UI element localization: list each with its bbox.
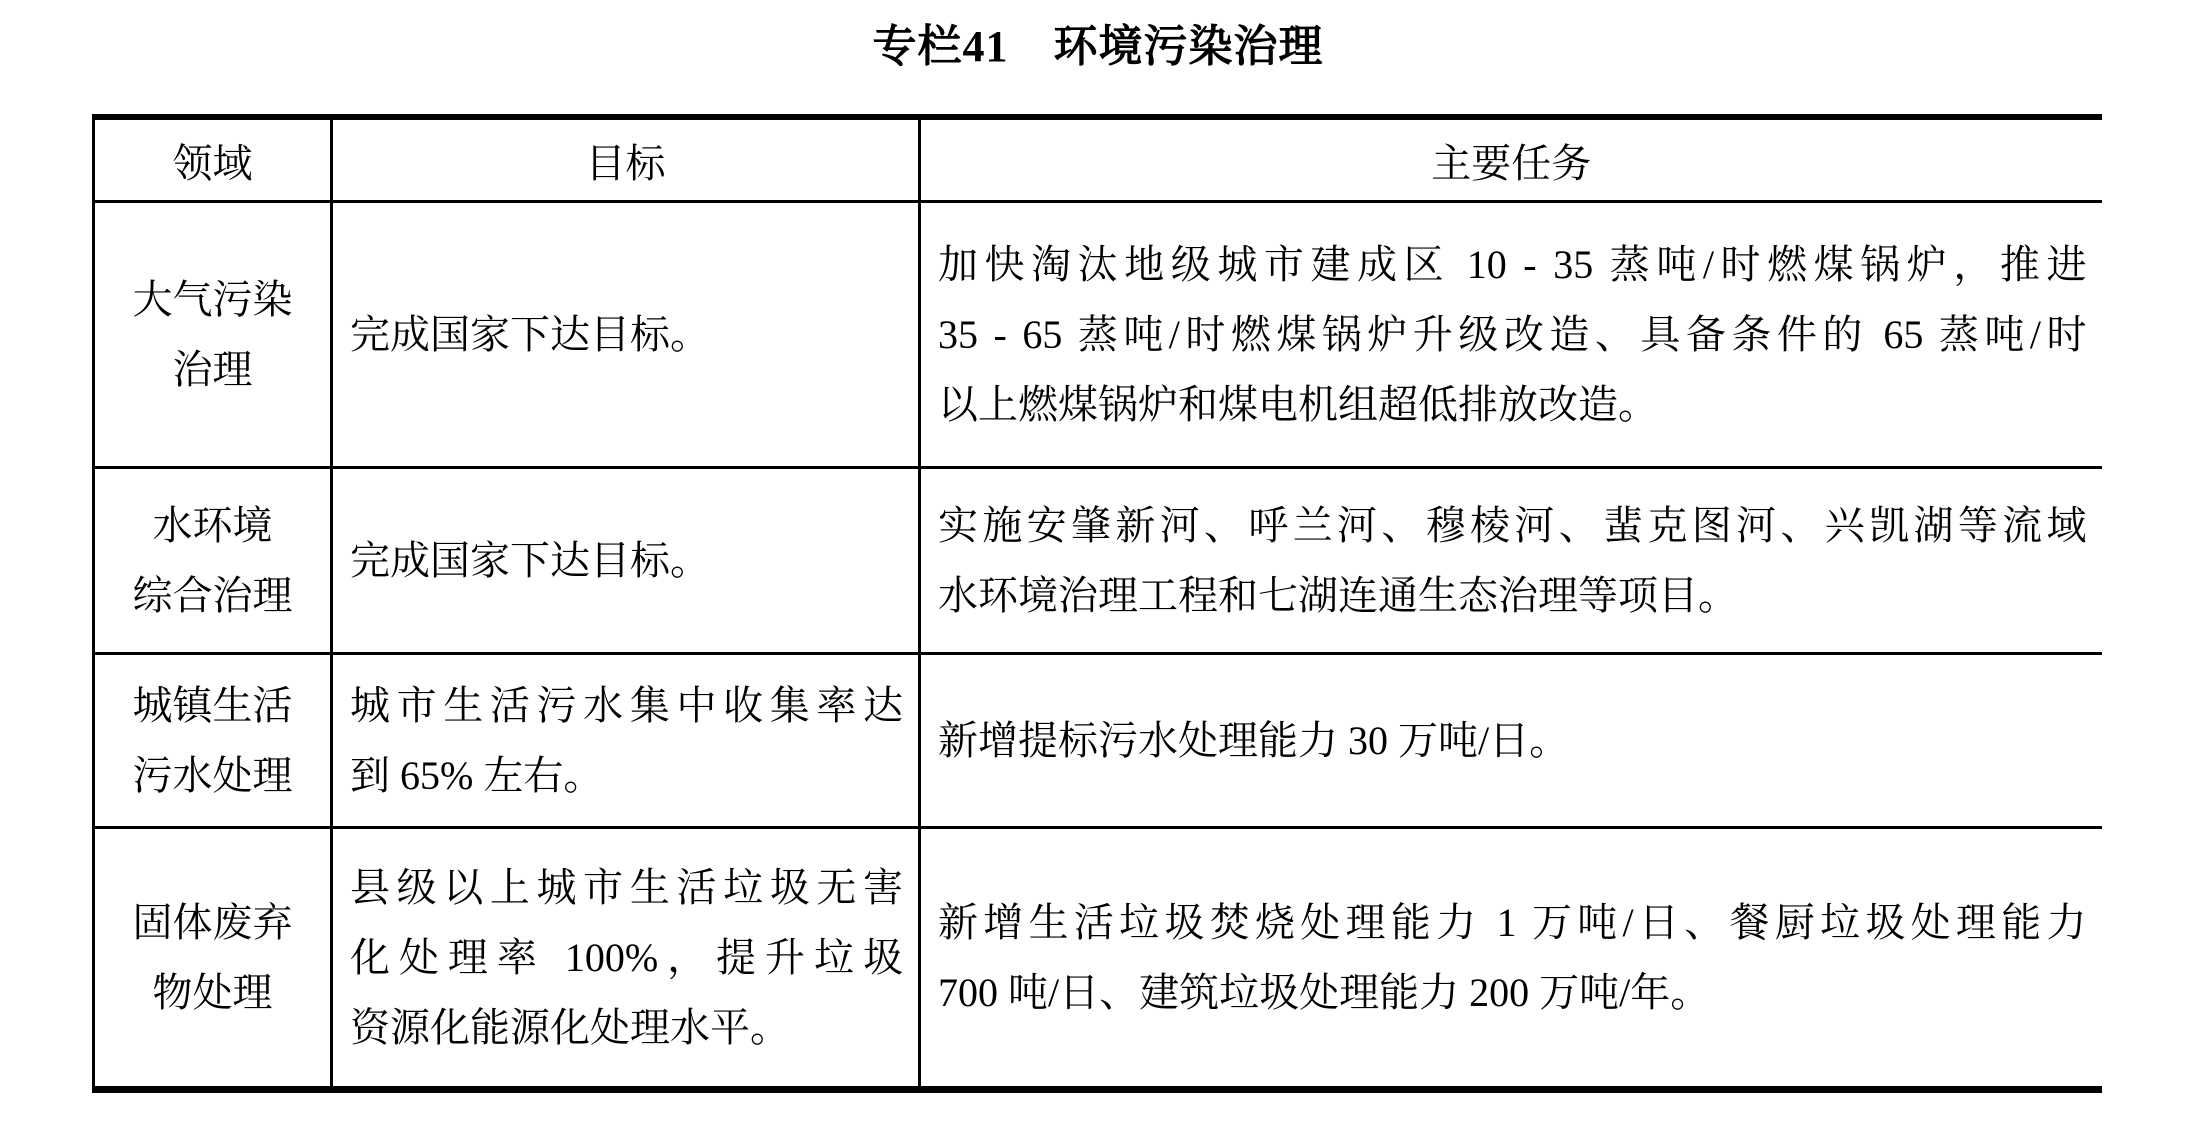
tasks-cell: 加快淘汰地级城市建成区 10 - 35 蒸吨/时燃煤锅炉，推进 35 - 65 … [920, 202, 2102, 468]
tasks-cell: 新增提标污水处理能力 30 万吨/日。 [920, 654, 2102, 828]
cell-line: 完成国家下达目标。 [350, 300, 903, 370]
col-header-field: 领域 [94, 117, 332, 202]
cell-line: 水环境治理工程和七湖连通生态治理等项目。 [938, 561, 2087, 631]
field-cell: 固体废弃 物处理 [94, 828, 332, 1090]
cell-line: 城市生活污水集中收集率达 [350, 671, 903, 741]
col-header-goal: 目标 [332, 117, 920, 202]
cell-line: 治理 [95, 335, 330, 405]
cell-line: 35 - 65 蒸吨/时燃煤锅炉升级改造、具备条件的 65 蒸吨/时 [938, 300, 2087, 370]
cell-line: 水环境 [95, 491, 330, 561]
cell-line: 新增提标污水处理能力 30 万吨/日。 [938, 706, 2087, 776]
table-row-urban-sewage: 城镇生活 污水处理 城市生活污水集中收集率达 到 65% 左右。 新增提标污水处… [94, 654, 2102, 828]
table-header-row: 领域 目标 主要任务 [94, 117, 2102, 202]
cell-line: 完成国家下达目标。 [350, 526, 903, 596]
field-cell: 城镇生活 污水处理 [94, 654, 332, 828]
cell-line: 化处理率 100%，提升垃圾 [350, 923, 903, 993]
cell-line: 到 65% 左右。 [350, 741, 903, 811]
table-row-water-environment: 水环境 综合治理 完成国家下达目标。 实施安肇新河、呼兰河、穆棱河、蜚克图河、兴… [94, 468, 2102, 654]
page-title: 专栏41 环境污染治理 [0, 10, 2196, 74]
col-header-tasks: 主要任务 [920, 117, 2102, 202]
table-row-air-pollution: 大气污染 治理 完成国家下达目标。 加快淘汰地级城市建成区 10 - 35 蒸吨… [94, 202, 2102, 468]
field-cell: 水环境 综合治理 [94, 468, 332, 654]
goal-cell: 县级以上城市生活垃圾无害 化处理率 100%，提升垃圾 资源化能源化处理水平。 [332, 828, 920, 1090]
cell-line: 城镇生活 [95, 671, 330, 741]
document-page: 专栏41 环境污染治理 领域 目标 主要任务 大气污染 治理 完成国家下达目标。 [0, 0, 2196, 1129]
cell-line: 加快淘汰地级城市建成区 10 - 35 蒸吨/时燃煤锅炉，推进 [938, 230, 2087, 300]
goal-cell: 完成国家下达目标。 [332, 468, 920, 654]
tasks-cell: 新增生活垃圾焚烧处理能力 1 万吨/日、餐厨垃圾处理能力 700 吨/日、建筑垃… [920, 828, 2102, 1090]
cell-line: 县级以上城市生活垃圾无害 [350, 853, 903, 923]
table-row-solid-waste: 固体废弃 物处理 县级以上城市生活垃圾无害 化处理率 100%，提升垃圾 资源化… [94, 828, 2102, 1090]
cell-line: 700 吨/日、建筑垃圾处理能力 200 万吨/年。 [938, 958, 2087, 1028]
cell-line: 大气污染 [95, 265, 330, 335]
cell-line: 资源化能源化处理水平。 [350, 993, 903, 1063]
tasks-cell: 实施安肇新河、呼兰河、穆棱河、蜚克图河、兴凯湖等流域 水环境治理工程和七湖连通生… [920, 468, 2102, 654]
cell-line: 新增生活垃圾焚烧处理能力 1 万吨/日、餐厨垃圾处理能力 [938, 888, 2087, 958]
cell-line: 固体废弃 [95, 888, 330, 958]
cell-line: 物处理 [95, 958, 330, 1028]
cell-line: 实施安肇新河、呼兰河、穆棱河、蜚克图河、兴凯湖等流域 [938, 491, 2087, 561]
goal-cell: 完成国家下达目标。 [332, 202, 920, 468]
goal-cell: 城市生活污水集中收集率达 到 65% 左右。 [332, 654, 920, 828]
cell-line: 污水处理 [95, 741, 330, 811]
field-cell: 大气污染 治理 [94, 202, 332, 468]
cell-line: 以上燃煤锅炉和煤电机组超低排放改造。 [938, 370, 2087, 440]
cell-line: 综合治理 [95, 561, 330, 631]
pollution-control-table: 领域 目标 主要任务 大气污染 治理 完成国家下达目标。 加快淘汰地级城市建成区… [92, 114, 2102, 1093]
